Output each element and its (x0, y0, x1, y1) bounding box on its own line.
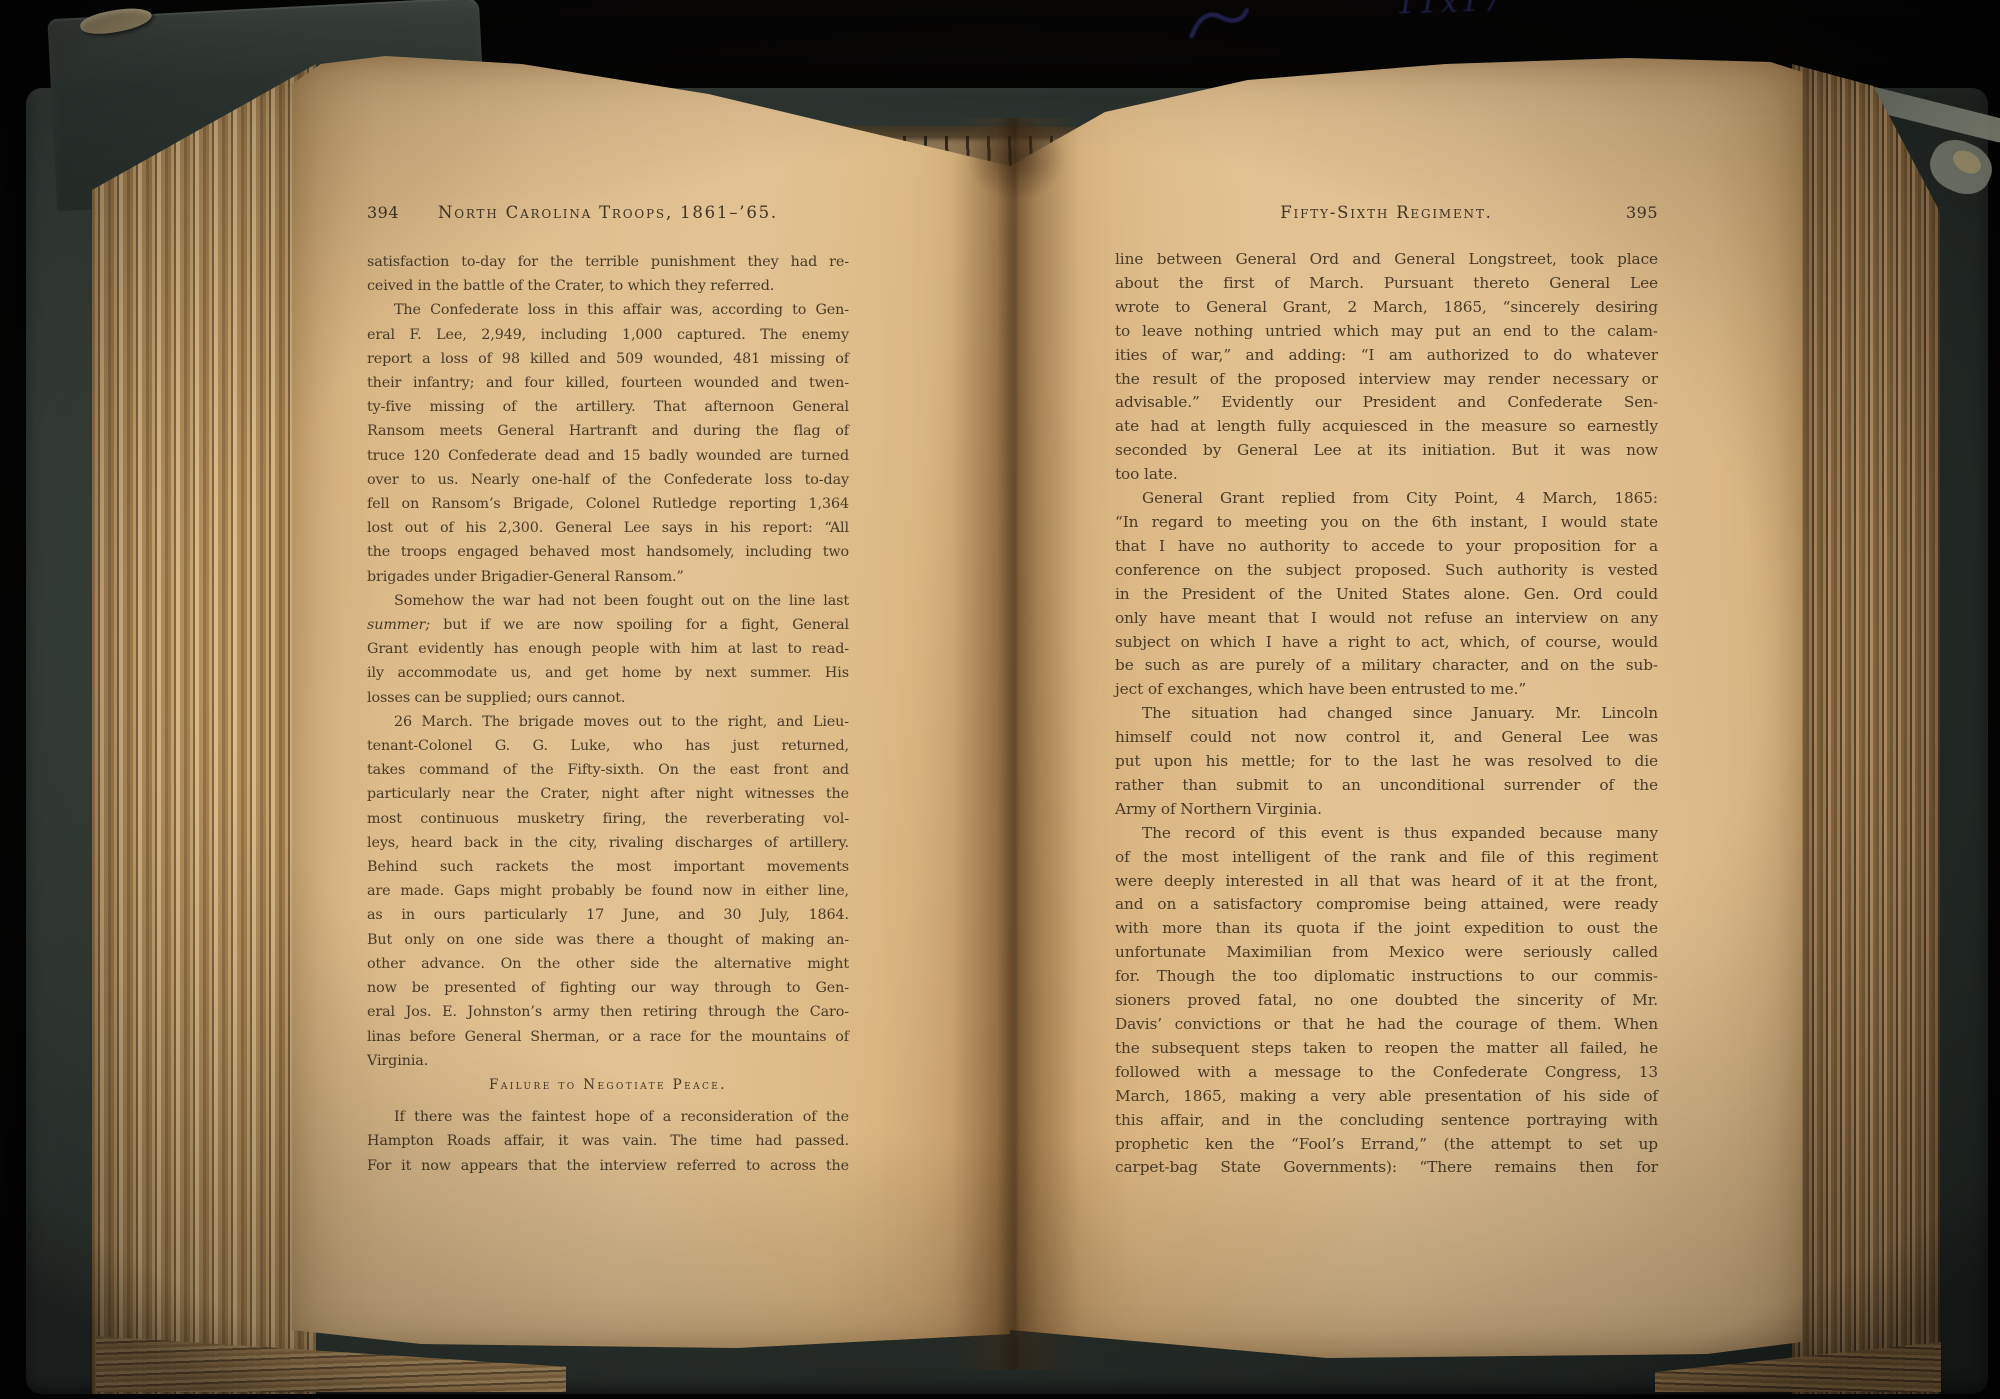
text-line: particularly near the Crater, night afte… (367, 782, 849, 806)
text-line: advisable.” Evidently our President and … (1115, 391, 1658, 415)
text-line: Grant evidently has enough people with h… (367, 637, 849, 661)
text-line: that I have no authority to accede to yo… (1115, 535, 1658, 559)
text-line: takes command of the Fifty-sixth. On the… (367, 758, 849, 782)
text-line: 26 March. The brigade moves out to the r… (367, 710, 849, 734)
text-line: eral Jos. E. Johnston’s army then retiri… (367, 1000, 849, 1024)
open-book-photo: 11x17 394 North Carolina Troops, 1861–’6… (0, 0, 2000, 1399)
text-line: to leave nothing untried which may put a… (1115, 320, 1658, 344)
left-page-stack-edges (92, 58, 316, 1394)
text-line: But only on one side was there a thought… (367, 928, 849, 952)
text-line: rather than submit to an unconditional s… (1115, 774, 1658, 798)
text-line: only have meant that I would not refuse … (1115, 607, 1658, 631)
text-line: the subsequent steps taken to reopen the… (1115, 1037, 1658, 1061)
text-line: seconded by General Lee at its initiatio… (1115, 439, 1658, 463)
text-line: wrote to General Grant, 2 March, 1865, “… (1115, 296, 1658, 320)
text-line: Behind such rackets the most important m… (367, 855, 849, 879)
text-line: March, 1865, making a very able presenta… (1115, 1085, 1658, 1109)
text-line: Hampton Roads affair, it was vain. The t… (367, 1129, 849, 1153)
left-page-header: 394 North Carolina Troops, 1861–’65. (367, 203, 849, 229)
text-line: sioners proved fatal, no one doubted the… (1115, 989, 1658, 1013)
text-line: fell on Ransom’s Brigade, Colonel Rutled… (367, 492, 849, 516)
right-running-title: Fifty-Sixth Regiment. (1115, 203, 1658, 222)
text-line: ities of war,” and adding: “I am authori… (1115, 344, 1658, 368)
text-line: be such as are purely of a military char… (1115, 654, 1658, 678)
text-line: line between General Ord and General Lon… (1115, 248, 1658, 272)
text-line: for. Though the too diplomatic instructi… (1115, 965, 1658, 989)
text-line: For it now appears that the interview re… (367, 1154, 849, 1178)
handwriting-text: 11x17 (1396, 0, 1505, 22)
text-line: satisfaction to-day for the terrible pun… (367, 250, 849, 274)
text-line: The record of this event is thus expande… (1115, 822, 1658, 846)
right-page-text: line between General Ord and General Lon… (1115, 248, 1658, 1180)
text-line: Ransom meets General Hartranft and durin… (367, 419, 849, 443)
left-page-text: satisfaction to-day for the terrible pun… (367, 250, 849, 1178)
text-line: conference on the subject proposed. Such… (1115, 559, 1658, 583)
text-line: ate had at length fully acquiesced in th… (1115, 415, 1658, 439)
text-line: General Grant replied from City Point, 4… (1115, 487, 1658, 511)
text-line: other advance. On the other side the alt… (367, 952, 849, 976)
text-line: are made. Gaps might probably be found n… (367, 879, 849, 903)
text-line: subject on which I have a right to act, … (1115, 631, 1658, 655)
text-line: brigades under Brigadier-General Ransom.… (367, 565, 849, 589)
book-gutter-shadow (952, 118, 1080, 1370)
text-line: this affair, and in the concluding sente… (1115, 1109, 1658, 1133)
text-line: the result of the proposed interview may… (1115, 368, 1658, 392)
text-line: as in ours particularly 17 June, and 30 … (367, 903, 849, 927)
text-line: tenant-Colonel G. G. Luke, who has just … (367, 734, 849, 758)
text-line: Army of Northern Virginia. (1115, 798, 1658, 822)
text-line: the troops engaged behaved most handsome… (367, 540, 849, 564)
text-line: “In regard to meeting you on the 6th ins… (1115, 511, 1658, 535)
text-line: over to us. Nearly one-half of the Confe… (367, 468, 849, 492)
handwriting-curl-icon (1185, 4, 1256, 46)
right-page-stack-edges (1792, 56, 1940, 1394)
text-line: ject of exchanges, which have been entru… (1115, 678, 1658, 702)
text-line: of the most intelligent of the rank and … (1115, 846, 1658, 870)
text-line: carpet-bag State Governments): “There re… (1115, 1156, 1658, 1180)
text-line: If there was the faintest hope of a reco… (367, 1105, 849, 1129)
text-line: Davis’ convictions or that he had the co… (1115, 1013, 1658, 1037)
handwriting-mark: 11x17 (1184, 0, 1665, 48)
text-line: eral F. Lee, 2,949, including 1,000 capt… (367, 323, 849, 347)
text-line: prophetic ken the “Fool’s Errand,” (the … (1115, 1133, 1658, 1157)
text-line: summer; but if we are now spoiling for a… (367, 613, 849, 637)
text-line: about the first of March. Pursuant there… (1115, 272, 1658, 296)
text-line: himself could not now control it, and Ge… (1115, 726, 1658, 750)
text-line: ceived in the battle of the Crater, to w… (367, 274, 849, 298)
text-line: ty-five missing of the artillery. That a… (367, 395, 849, 419)
text-line: most continuous musketry firing, the rev… (367, 807, 849, 831)
text-line: followed with a message to the Confedera… (1115, 1061, 1658, 1085)
text-line: report a loss of 98 killed and 509 wound… (367, 347, 849, 371)
text-line: Somehow the war had not been fought out … (367, 589, 849, 613)
text-line: put upon his mettle; for to the last he … (1115, 750, 1658, 774)
text-line: with more than its quota if the joint ex… (1115, 917, 1658, 941)
left-running-title: North Carolina Troops, 1861–’65. (367, 203, 849, 222)
text-line: The Confederate loss in this affair was,… (367, 298, 849, 322)
text-line: truce 120 Confederate dead and 15 badly … (367, 444, 849, 468)
text-line: too late. (1115, 463, 1658, 487)
text-line: and on a satisfactory compromise being a… (1115, 893, 1658, 917)
text-line: The situation had changed since January.… (1115, 702, 1658, 726)
right-page-number: 395 (1626, 203, 1658, 222)
text-line: their infantry; and four killed, fourtee… (367, 371, 849, 395)
text-line: leys, heard back in the city, rivaling d… (367, 831, 849, 855)
section-heading: Failure to Negotiate Peace. (367, 1073, 849, 1097)
text-line: now be presented of fighting our way thr… (367, 976, 849, 1000)
right-page-header: Fifty-Sixth Regiment. 395 (1115, 203, 1658, 229)
text-line: linas before General Sherman, or a race … (367, 1025, 849, 1049)
text-line: in the President of the United States al… (1115, 583, 1658, 607)
text-line: Virginia. (367, 1049, 849, 1073)
text-line: losses can be supplied; ours cannot. (367, 686, 849, 710)
text-line: ily accommodate us, and get home by next… (367, 661, 849, 685)
text-line: were deeply interested in all that was h… (1115, 870, 1658, 894)
text-line: lost out of his 2,300. General Lee says … (367, 516, 849, 540)
text-line: unfortunate Maximilian from Mexico were … (1115, 941, 1658, 965)
